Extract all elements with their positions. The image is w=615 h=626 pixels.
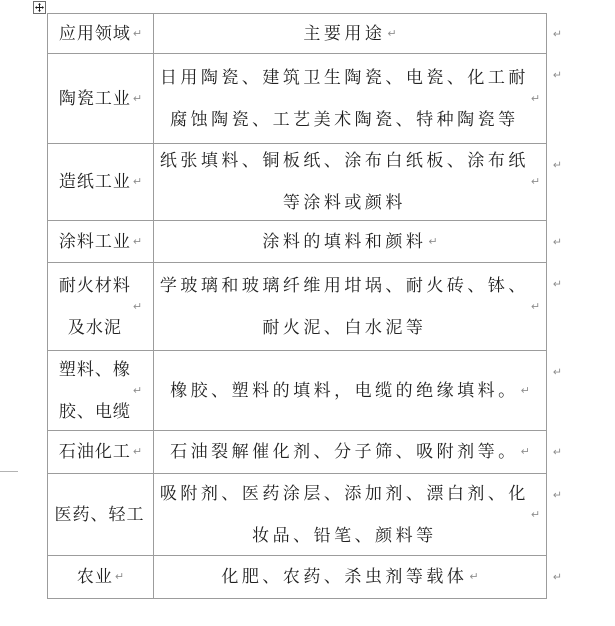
cell-end-mark: ↵: [428, 221, 437, 263]
move-arrows-icon: [35, 3, 44, 12]
uses-cell[interactable]: 石油裂解催化剂、分子筛、吸附剂等。↵: [154, 431, 546, 473]
uses-text: 涂料的填料和颜料: [262, 221, 426, 263]
row-end-mark: ↵: [553, 571, 562, 584]
uses-cell[interactable]: 纸张填料、铜板纸、涂布白纸板、涂布纸 等涂料或颜料↵: [154, 144, 546, 220]
uses-cell[interactable]: 化肥、农药、杀虫剂等载体↵: [154, 556, 546, 598]
field-cell[interactable]: 医药、轻工: [48, 474, 154, 555]
row-end-mark: ↵: [553, 366, 562, 379]
table-row: 农业↵ 化肥、农药、杀虫剂等载体↵ ↵: [48, 556, 546, 598]
cell-end-mark: ↵: [133, 13, 142, 55]
row-end-mark: ↵: [553, 278, 562, 291]
table-row: 石油化工↵ 石油裂解催化剂、分子筛、吸附剂等。↵ ↵: [48, 431, 546, 474]
cell-end-mark: ↵: [133, 221, 142, 263]
uses-text: 橡胶、塑料的填料，电缆的绝缘填料。: [170, 370, 519, 412]
cell-end-mark: ↵: [531, 494, 540, 536]
cell-end-mark: ↵: [133, 161, 142, 203]
header-cell-application-field[interactable]: 应用领域↵: [48, 14, 154, 53]
cell-end-mark: ↵: [133, 286, 142, 328]
uses-cell[interactable]: 日用陶瓷、建筑卫生陶瓷、电瓷、化工耐 腐蚀陶瓷、工艺美术陶瓷、特种陶瓷等↵: [154, 54, 546, 143]
applications-table: 应用领域↵ 主要用途↵ ↵ 陶瓷工业↵ 日用陶瓷、建筑卫生陶瓷、电瓷、化工耐 腐…: [47, 13, 547, 599]
table-row: 医药、轻工 吸附剂、医药涂层、添加剂、漂白剂、化 妆品、铅笔、颜料等↵ ↵: [48, 474, 546, 556]
row-end-mark: ↵: [553, 27, 562, 40]
cell-end-mark: ↵: [531, 286, 540, 328]
table-row: 涂料工业↵ 涂料的填料和颜料↵ ↵: [48, 221, 546, 263]
cell-end-mark: ↵: [469, 556, 478, 598]
cell-end-mark: ↵: [531, 78, 540, 120]
field-cell[interactable]: 涂料工业↵: [48, 221, 154, 262]
row-end-mark: ↵: [553, 69, 562, 82]
table-move-handle[interactable]: [33, 1, 46, 14]
table-row: 陶瓷工业↵ 日用陶瓷、建筑卫生陶瓷、电瓷、化工耐 腐蚀陶瓷、工艺美术陶瓷、特种陶…: [48, 54, 546, 144]
field-text: 石油化工: [59, 431, 131, 473]
field-text: 耐火材料 及水泥: [59, 265, 131, 349]
uses-text: 化肥、农药、杀虫剂等载体: [221, 556, 467, 598]
field-text: 塑料、橡 胶、电缆: [59, 349, 131, 433]
cell-end-mark: ↵: [387, 13, 396, 55]
field-text: 农业: [77, 556, 113, 598]
field-cell[interactable]: 农业↵: [48, 556, 154, 598]
table-header-row: 应用领域↵ 主要用途↵ ↵: [48, 14, 546, 54]
table-row: 塑料、橡 胶、电缆↵ 橡胶、塑料的填料，电缆的绝缘填料。↵ ↵: [48, 351, 546, 431]
uses-text: 吸附剂、医药涂层、添加剂、漂白剂、化 妆品、铅笔、颜料等: [160, 473, 529, 557]
uses-text: 日用陶瓷、建筑卫生陶瓷、电瓷、化工耐 腐蚀陶瓷、工艺美术陶瓷、特种陶瓷等: [160, 57, 529, 141]
field-cell[interactable]: 陶瓷工业↵: [48, 54, 154, 143]
cell-end-mark: ↵: [133, 370, 142, 412]
row-end-mark: ↵: [553, 446, 562, 459]
uses-cell[interactable]: 涂料的填料和颜料↵: [154, 221, 546, 262]
header-cell-main-uses[interactable]: 主要用途↵: [154, 14, 546, 53]
uses-text: 石油裂解催化剂、分子筛、吸附剂等。: [170, 431, 519, 473]
uses-cell[interactable]: 橡胶、塑料的填料，电缆的绝缘填料。↵: [154, 351, 546, 430]
field-text: 造纸工业: [59, 161, 131, 203]
cell-end-mark: ↵: [521, 370, 530, 412]
field-text: 陶瓷工业: [59, 78, 131, 120]
field-text: 涂料工业: [59, 221, 131, 263]
uses-text: 纸张填料、铜板纸、涂布白纸板、涂布纸 等涂料或颜料: [160, 140, 529, 224]
uses-cell[interactable]: 吸附剂、医药涂层、添加剂、漂白剂、化 妆品、铅笔、颜料等↵: [154, 474, 546, 555]
row-end-mark: ↵: [553, 235, 562, 248]
table-row: 耐火材料 及水泥↵ 学玻璃和玻璃纤维用坩埚、耐火砖、钵、 耐火泥、白水泥等↵ ↵: [48, 263, 546, 351]
cell-end-mark: ↵: [133, 431, 142, 473]
header-uses-text: 主要用途: [303, 13, 385, 55]
field-cell[interactable]: 造纸工业↵: [48, 144, 154, 220]
field-cell[interactable]: 耐火材料 及水泥↵: [48, 263, 154, 350]
header-field-text: 应用领域: [59, 13, 131, 55]
cell-end-mark: ↵: [133, 78, 142, 120]
page-margin-mark: [0, 471, 18, 472]
field-cell[interactable]: 石油化工↵: [48, 431, 154, 473]
field-cell[interactable]: 塑料、橡 胶、电缆↵: [48, 351, 154, 430]
document-canvas: 应用领域↵ 主要用途↵ ↵ 陶瓷工业↵ 日用陶瓷、建筑卫生陶瓷、电瓷、化工耐 腐…: [0, 0, 615, 626]
uses-cell[interactable]: 学玻璃和玻璃纤维用坩埚、耐火砖、钵、 耐火泥、白水泥等↵: [154, 263, 546, 350]
field-text: 医药、轻工: [55, 494, 145, 536]
row-end-mark: ↵: [553, 489, 562, 502]
row-end-mark: ↵: [553, 159, 562, 172]
cell-end-mark: ↵: [521, 431, 530, 473]
cell-end-mark: ↵: [115, 556, 124, 598]
uses-text: 学玻璃和玻璃纤维用坩埚、耐火砖、钵、 耐火泥、白水泥等: [160, 265, 529, 349]
cell-end-mark: ↵: [531, 161, 540, 203]
table-row: 造纸工业↵ 纸张填料、铜板纸、涂布白纸板、涂布纸 等涂料或颜料↵ ↵: [48, 144, 546, 221]
